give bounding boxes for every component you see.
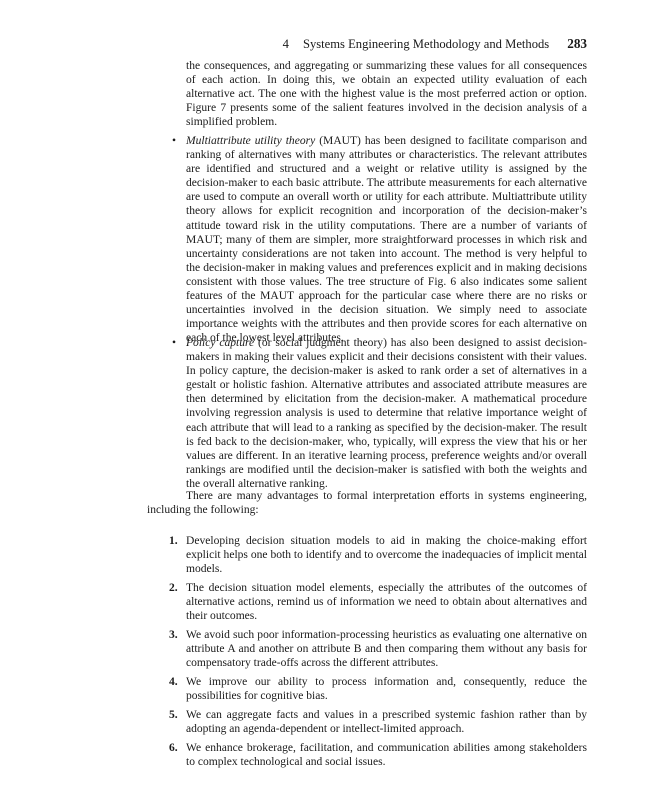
item-number: 6. <box>169 741 178 755</box>
opening-paragraph: the consequences, and aggregating or sum… <box>186 59 587 129</box>
bullet-text: (MAUT) has been designed to facilitate c… <box>186 135 587 344</box>
bullet-term: Policy capture <box>186 337 254 349</box>
bullet-icon: • <box>172 336 176 350</box>
advantage-item-6: 6. We enhance brokerage, facilitation, a… <box>186 741 587 769</box>
advantages-intro-paragraph: There are many advantages to formal inte… <box>147 489 587 517</box>
bullet-text: (or social judgment theory) has also bee… <box>186 337 587 490</box>
item-number: 5. <box>169 708 178 722</box>
item-text: We improve our ability to process inform… <box>186 676 587 702</box>
item-number: 4. <box>169 675 178 689</box>
item-text: Developing decision situation models to … <box>186 535 587 575</box>
item-text: We avoid such poor information-processin… <box>186 629 587 669</box>
item-text: We enhance brokerage, facilitation, and … <box>186 742 587 768</box>
advantage-item-3: 3. We avoid such poor information-proces… <box>186 628 587 670</box>
bullet-item-policy-capture: • Policy capture (or social judgment the… <box>186 336 587 491</box>
advantage-item-5: 5. We can aggregate facts and values in … <box>186 708 587 736</box>
item-number: 2. <box>169 581 178 595</box>
item-number: 1. <box>169 534 178 548</box>
page-number: 283 <box>567 36 587 51</box>
item-number: 3. <box>169 628 178 642</box>
advantage-item-4: 4. We improve our ability to process inf… <box>186 675 587 703</box>
advantage-item-1: 1. Developing decision situation models … <box>186 534 587 576</box>
bullet-icon: • <box>172 134 176 148</box>
running-header: 4Systems Engineering Methodology and Met… <box>186 36 587 54</box>
bullet-item-maut: • Multiattribute utility theory (MAUT) h… <box>186 134 587 345</box>
chapter-title: Systems Engineering Methodology and Meth… <box>303 37 549 51</box>
chapter-number: 4 <box>283 37 289 51</box>
item-text: The decision situation model elements, e… <box>186 582 587 622</box>
item-text: We can aggregate facts and values in a p… <box>186 709 587 735</box>
bullet-term: Multiattribute utility theory <box>186 135 315 147</box>
advantage-item-2: 2. The decision situation model elements… <box>186 581 587 623</box>
